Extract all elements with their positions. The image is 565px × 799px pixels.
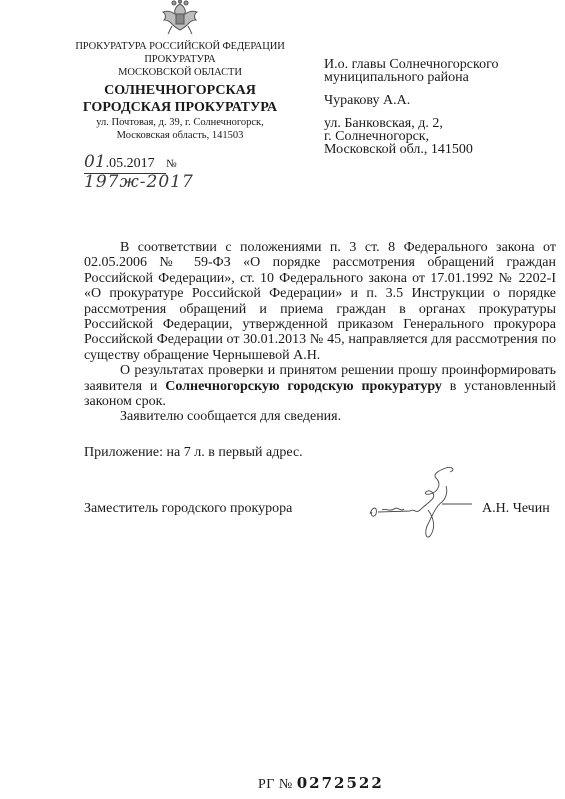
recipient-title-line-2: муниципального района — [324, 71, 469, 85]
form-series-number: РГ № 0272522 — [258, 774, 384, 793]
recipient-name: Чуракову А.А. — [324, 94, 410, 108]
org-line-1: ПРОКУРАТУРА РОССИЙСКОЙ ФЕДЕРАЦИИ — [60, 40, 300, 53]
org-line-3: МОСКОВСКОЙ ОБЛАСТИ — [60, 66, 300, 79]
office-name-line-1: СОЛНЕЧНОГОРСКАЯ — [60, 82, 300, 99]
letter-body: В соответствии с положениями п. 3 ст. 8 … — [84, 240, 556, 425]
office-address-line-1: ул. Почтовая, д. 39, г. Солнечногорск, — [60, 116, 300, 129]
handwritten-number: 197ж-2017 — [84, 172, 194, 192]
paragraph-notice: Заявителю сообщается для сведения. — [84, 409, 556, 424]
number-label: № — [166, 158, 177, 170]
signatory-name: А.Н. Чечин — [482, 501, 550, 517]
outgoing-date-number: 01.05.2017 № 197ж-2017 — [84, 152, 284, 174]
coat-of-arms-icon — [154, 0, 206, 36]
recipient-address-line-3: Московской обл., 141500 — [324, 143, 473, 157]
office-name-line-2: ГОРОДСКАЯ ПРОКУРАТУРА — [60, 99, 300, 116]
signatory-position: Заместитель городского прокурора — [84, 501, 292, 517]
office-address-line-2: Московская область, 141503 — [60, 129, 300, 142]
handwritten-day: 01 — [84, 152, 106, 172]
series-label: РГ № — [258, 777, 293, 792]
printed-date: .05.2017 — [106, 156, 155, 171]
series-digits: 0272522 — [297, 774, 384, 792]
bold-office-name: Солнечногорскую городскую прокуратуру — [165, 379, 442, 394]
handwritten-signature-icon — [362, 462, 472, 542]
date-underline — [84, 173, 166, 174]
paragraph-request: О результатах проверки и принятом решени… — [84, 363, 556, 409]
attachment-note: Приложение: на 7 л. в первый адрес. — [84, 445, 303, 461]
org-line-2: ПРОКУРАТУРА — [60, 53, 300, 66]
paragraph-main: В соответствии с положениями п. 3 ст. 8 … — [84, 240, 556, 363]
